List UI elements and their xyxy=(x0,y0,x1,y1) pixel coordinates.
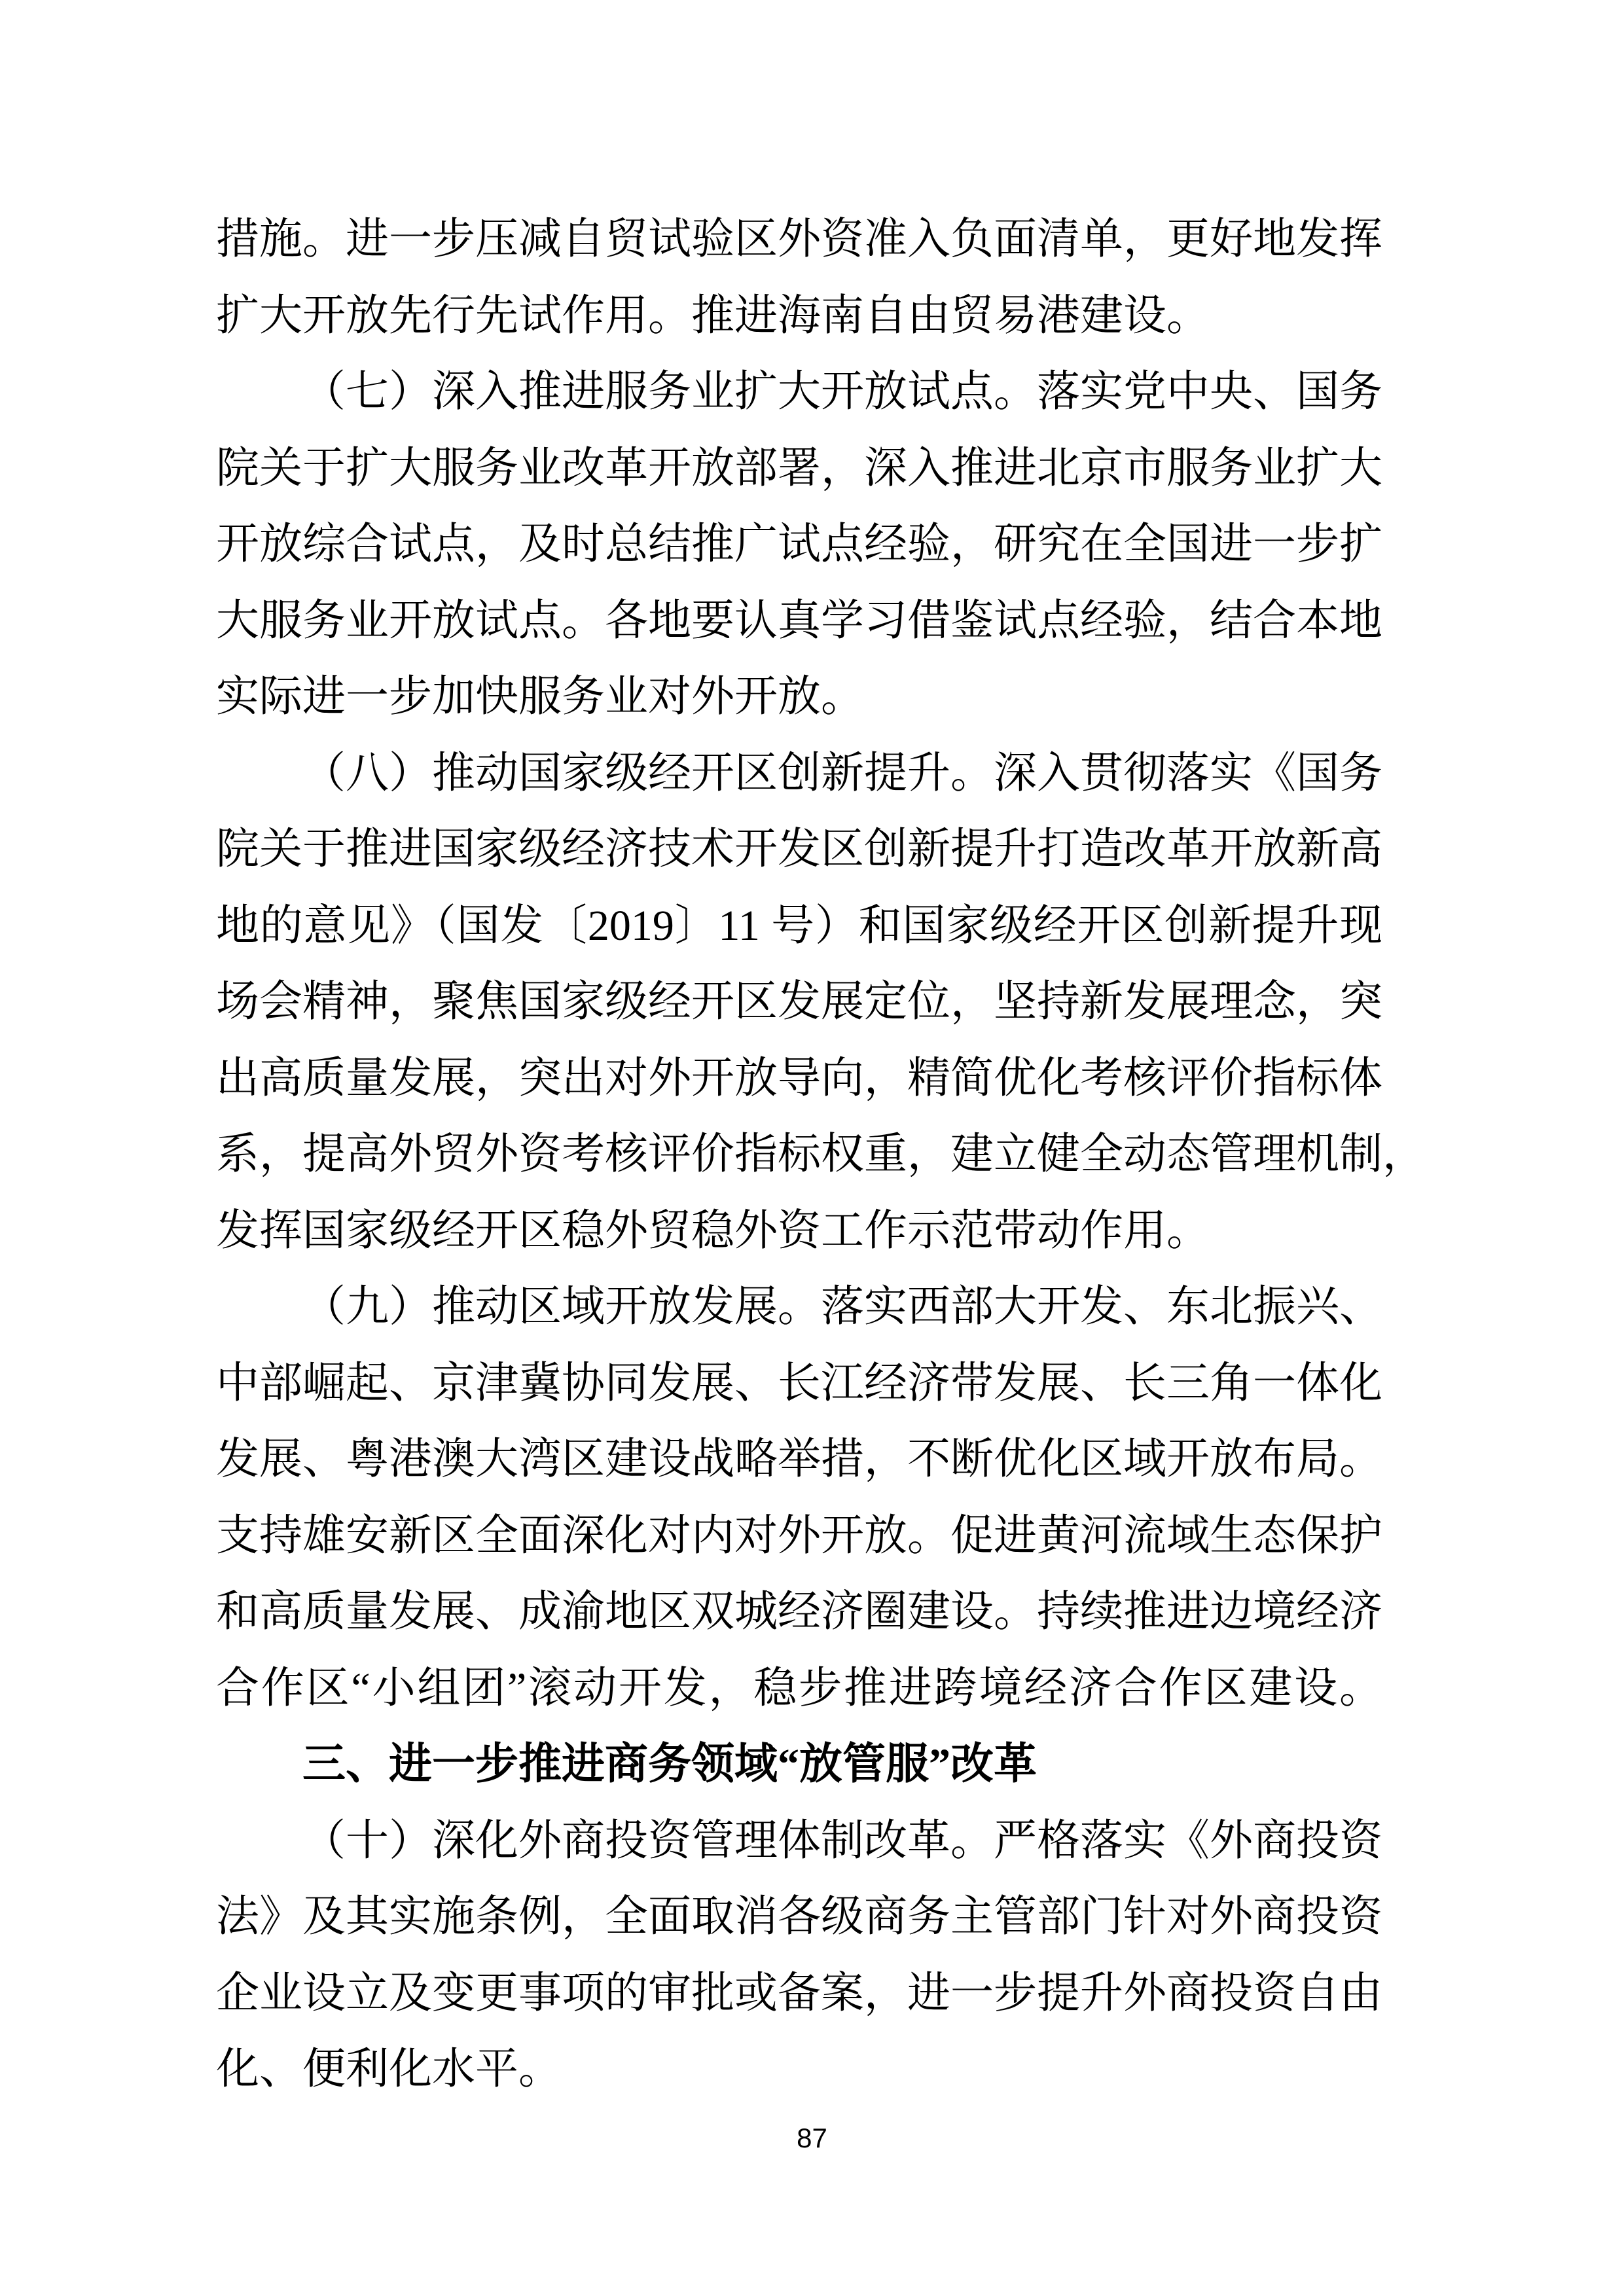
text-line: 支持雄安新区全面深化对内对外开放。促进黄河流域生态保护 xyxy=(216,1498,1382,1575)
text-line: 出高质量发展，突出对外开放导向，精简优化考核评价指标体 xyxy=(216,1041,1382,1117)
text-line: 扩大开放先行先试作用。推进海南自由贸易港建设。 xyxy=(216,278,1382,355)
text-line: 院关于推进国家级经济技术开发区创新提升打造改革开放新高 xyxy=(216,812,1382,888)
section-heading: 三、进一步推进商务领域“放管服”改革 xyxy=(216,1727,1382,1803)
text-line: 企业设立及变更事项的审批或备案，进一步提升外商投资自由 xyxy=(216,1956,1382,2032)
text-line: 措施。进一步压减自贸试验区外资准入负面清单，更好地发挥 xyxy=(216,202,1382,278)
page-number: 87 xyxy=(0,2122,1624,2155)
text-line: 法》及其实施条例，全面取消各级商务主管部门针对外商投资 xyxy=(216,1879,1382,1956)
text-line: 发挥国家级经开区稳外贸稳外资工作示范带动作用。 xyxy=(216,1193,1382,1270)
text-line: 化、便利化水平。 xyxy=(216,2032,1382,2108)
text-line: 实际进一步加快服务业对外开放。 xyxy=(216,659,1382,736)
text-line: 开放综合试点，及时总结推广试点经验，研究在全国进一步扩 xyxy=(216,507,1382,583)
text-line: 院关于扩大服务业改革开放部署，深入推进北京市服务业扩大 xyxy=(216,431,1382,507)
text-line: （七）深入推进服务业扩大开放试点。落实党中央、国务 xyxy=(216,354,1382,431)
text-line: 地的意见》（国发〔2019〕11 号）和国家级经开区创新提升现 xyxy=(216,888,1382,965)
text-line: 发展、粤港澳大湾区建设战略举措，不断优化区域开放布局。 xyxy=(216,1422,1382,1498)
text-line: 大服务业开放试点。各地要认真学习借鉴试点经验，结合本地 xyxy=(216,583,1382,660)
text-line: 合作区“小组团”滚动开发，稳步推进跨境经济合作区建设。 xyxy=(216,1651,1382,1727)
text-line: （十）深化外商投资管理体制改革。严格落实《外商投资 xyxy=(216,1803,1382,1880)
document-page: 措施。进一步压减自贸试验区外资准入负面清单，更好地发挥扩大开放先行先试作用。推进… xyxy=(0,0,1624,2296)
text-line: （八）推动国家级经开区创新提升。深入贯彻落实《国务 xyxy=(216,736,1382,812)
text-line: 场会精神，聚焦国家级经开区发展定位，坚持新发展理念，突 xyxy=(216,964,1382,1041)
text-line: 中部崛起、京津冀协同发展、长江经济带发展、长三角一体化 xyxy=(216,1346,1382,1422)
text-line: （九）推动区域开放发展。落实西部大开发、东北振兴、 xyxy=(216,1269,1382,1346)
page-body-text: 措施。进一步压减自贸试验区外资准入负面清单，更好地发挥扩大开放先行先试作用。推进… xyxy=(216,202,1382,2108)
text-line: 和高质量发展、成渝地区双城经济圈建设。持续推进边境经济 xyxy=(216,1574,1382,1651)
text-line: 系，提高外贸外资考核评价指标权重，建立健全动态管理机制， xyxy=(216,1117,1382,1193)
